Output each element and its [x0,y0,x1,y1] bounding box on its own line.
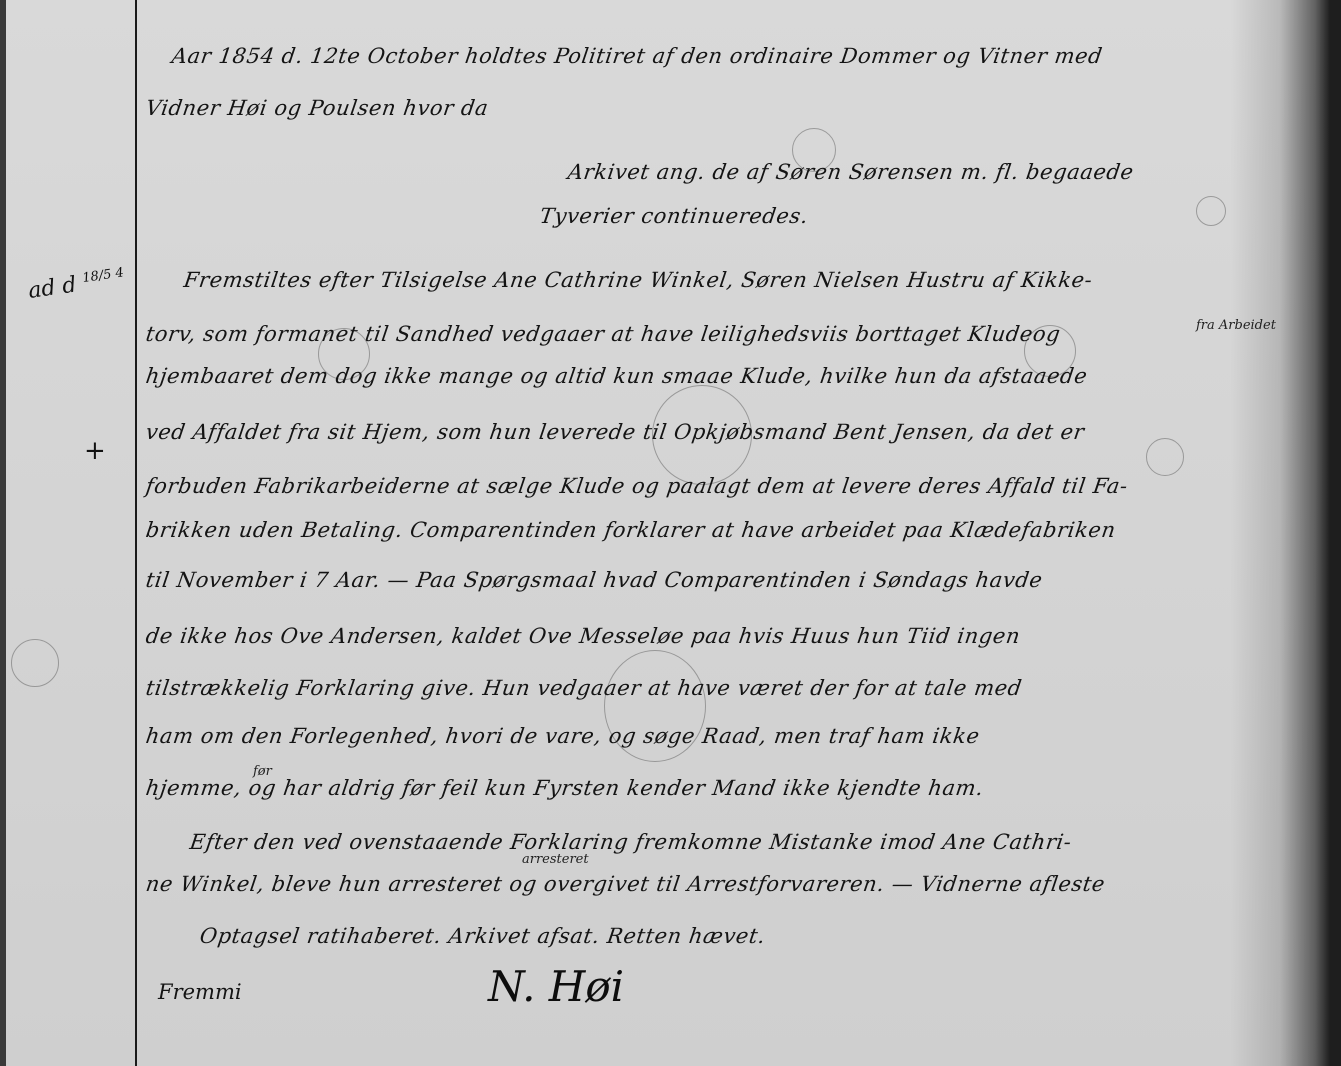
text-line: torv, som formanet til Sandhed vedgaaer … [144,322,1062,346]
signature: N. Høi [488,962,624,1011]
text-line: Vidner Høi og Poulsen hvor da [144,96,490,120]
text-line: ved Affaldet fra sit Hjem, som hun lever… [144,420,1086,444]
margin-note-text: ad d [27,272,78,303]
text-line: Efter den ved ovenstaaende Forklaring fr… [188,830,1073,854]
film-artifact-circle [11,639,59,687]
text-line: Tyverier continueredes. [538,204,810,228]
text-line: forbuden Fabrikarbeiderne at sælge Klude… [144,474,1129,498]
text-line: hjembaaret dem dog ikke mange og altid k… [144,364,1089,388]
text-line: Optagsel ratihaberet. Arkivet afsat. Ret… [198,924,767,948]
text-line: til November i 7 Aar. — Paa Spørgsmaal h… [144,568,1044,592]
text-line: ham om den Forlegenhed, hvori de vare, o… [144,724,981,748]
margin-rule [135,0,137,1066]
text-line: Arkivet ang. de af Søren Sørensen m. fl.… [566,160,1135,184]
text-line: hjemme, og har aldrig før feil kun Fyrst… [144,776,985,800]
interlinear-insertion: arresteret [522,852,589,867]
closing-label: Fremmi [158,980,242,1004]
margin-annotation: ad d 18/5 4 [27,265,126,304]
text-line: brikken uden Betaling. Comparentinden fo… [144,518,1117,542]
text-line: de ikke hos Ove Andersen, kaldet Ove Mes… [144,624,1022,648]
text-line: tilstrækkelig Forklaring give. Hun vedga… [144,676,1023,700]
interlinear-insertion: fra Arbeidet [1196,318,1276,333]
margin-note-fraction: 18/5 4 [81,265,124,286]
text-line: Fremstiltes efter Tilsigelse Ane Cathrin… [182,268,1094,292]
text-line: ne Winkel, bleve hun arresteret og overg… [144,872,1106,896]
interlinear-insertion: før [253,764,272,779]
film-artifact-circle [1146,438,1184,476]
film-artifact-circle [1196,196,1226,226]
page-binding-edge [0,0,6,1066]
margin-cross-mark: + [84,436,106,466]
text-line: Aar 1854 d. 12te October holdtes Politir… [170,44,1104,68]
document-page: ad d 18/5 4 + Aar 1854 d. 12te October h… [0,0,1341,1066]
